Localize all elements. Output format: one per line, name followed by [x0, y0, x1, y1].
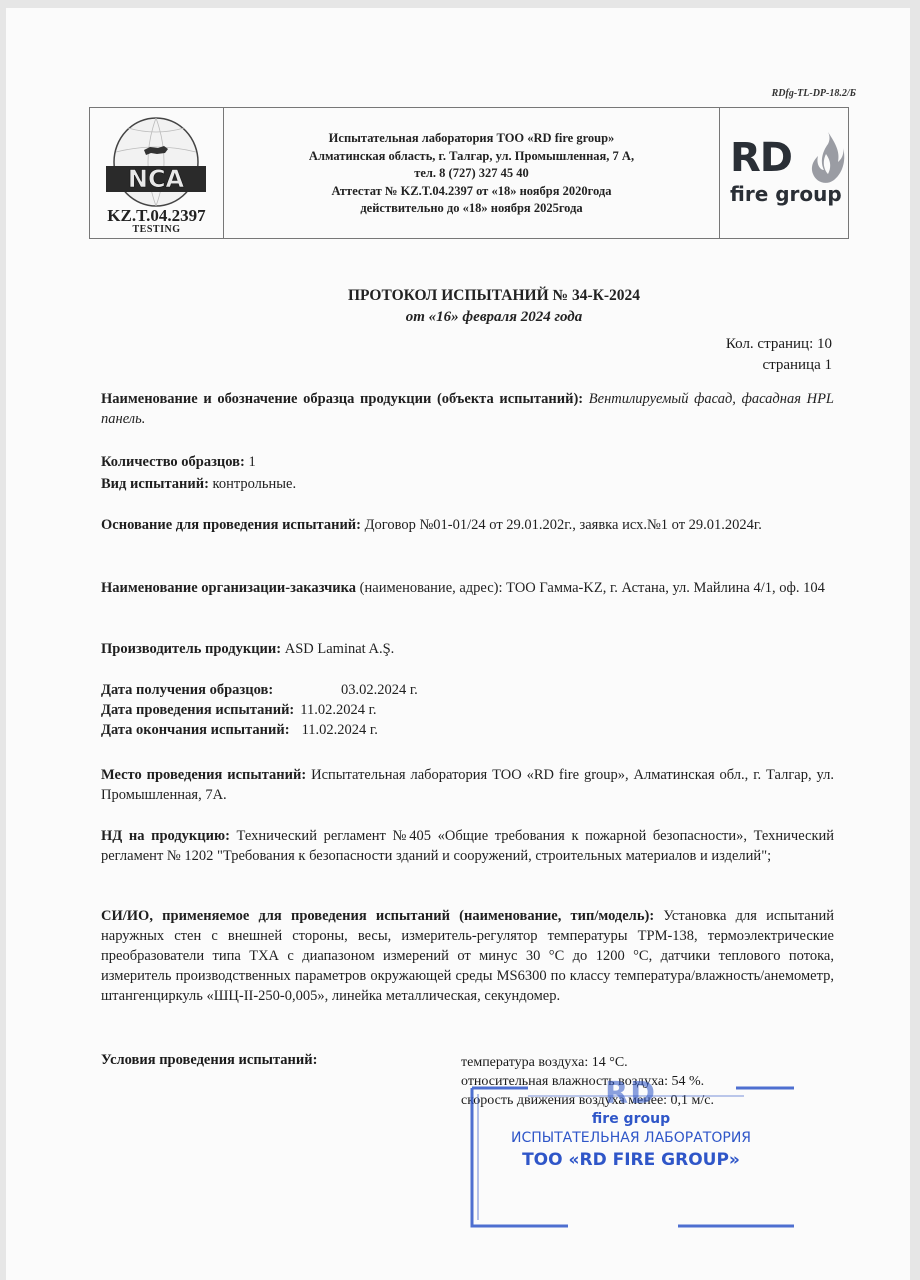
nd-label: НД на продукцию:: [101, 828, 230, 844]
quantity-section: Количество образцов: 1: [101, 452, 834, 472]
test-type-value: контрольные.: [213, 476, 297, 492]
lab-phone: тел. 8 (727) 327 45 40: [414, 165, 529, 183]
flame-icon: [810, 130, 846, 186]
date-test-row: Дата проведения испытаний: 11.02.2024 г.: [101, 700, 834, 720]
manufacturer-value: ASD Laminat A.Ş.: [285, 641, 395, 657]
location-label: Место проведения испытаний:: [101, 767, 306, 783]
globe-icon: NCA: [104, 116, 209, 212]
location-section: Место проведения испытаний: Испытательна…: [101, 765, 834, 805]
protocol-date: от «16» февраля 2024 года: [6, 309, 910, 326]
accreditation-code: KZ.T.04.2397: [90, 206, 223, 226]
date-test-label: Дата проведения испытаний:: [101, 700, 294, 720]
page-count: Кол. страниц: 10: [726, 334, 832, 355]
lab-details: Испытательная лаборатория ТОО «RD fire g…: [224, 108, 720, 238]
rd-fire-group-logo: RD fire group: [720, 108, 848, 238]
lab-address: Алматинская область, г. Талгар, ул. Пром…: [309, 148, 634, 166]
basis-label: Основание для проведения испытаний:: [101, 517, 361, 533]
lab-stamp: RD fire group ИСПЫТАТЕЛЬНАЯ ЛАБОРАТОРИЯ …: [468, 1074, 794, 1234]
manufacturer-section: Производитель продукции: ASD Laminat A.Ş…: [101, 639, 834, 659]
lab-certificate: Аттестат № KZ.T.04.2397 от «18» ноября 2…: [332, 183, 612, 201]
date-received-value: 03.02.2024 г.: [341, 680, 418, 700]
page-info: Кол. страниц: 10 страница 1: [726, 334, 832, 376]
quantity-label: Количество образцов:: [101, 454, 245, 470]
dates-section: Дата получения образцов: 03.02.2024 г. Д…: [101, 680, 834, 740]
basis-value: Договор №01-01/24 от 29.01.202г., заявка…: [365, 517, 762, 533]
date-end-label: Дата окончания испытаний:: [101, 720, 290, 740]
document-page: RDfg-TL-DP-18.2/Б NCA KZ.T.04.2397 TESTI…: [6, 8, 910, 1280]
letterhead: NCA KZ.T.04.2397 TESTING Испытательная л…: [89, 107, 849, 239]
test-type-label: Вид испытаний:: [101, 476, 209, 492]
test-type-section: Вид испытаний: контрольные.: [101, 474, 834, 494]
stamp-logo: RD: [468, 1076, 794, 1111]
date-end-value: 11.02.2024 г.: [302, 720, 378, 740]
date-received-row: Дата получения образцов: 03.02.2024 г.: [101, 680, 834, 700]
lab-certificate-validity: действительно до «18» ноября 2025года: [360, 200, 582, 218]
date-received-label: Дата получения образцов:: [101, 680, 341, 700]
product-section: Наименование и обозначение образца проду…: [101, 389, 834, 429]
equipment-section: СИ/ИО, применяемое для проведения испыта…: [101, 906, 834, 1006]
nd-section: НД на продукцию: Технический регламент №…: [101, 826, 834, 866]
stamp-company: ТОО «RD FIRE GROUP»: [468, 1150, 794, 1170]
condition-temperature: температура воздуха: 14 °С.: [461, 1053, 714, 1072]
page-number: страница 1: [726, 355, 832, 376]
testing-caption: TESTING: [90, 224, 223, 235]
protocol-title: ПРОТОКОЛ ИСПЫТАНИЙ № 34-К-2024: [6, 287, 910, 305]
customer-label-note: (наименование, адрес):: [360, 580, 503, 596]
date-test-value: 11.02.2024 г.: [300, 700, 376, 720]
document-code: RDfg-TL-DP-18.2/Б: [772, 88, 856, 99]
svg-text:NCA: NCA: [128, 165, 185, 193]
nca-logo: NCA KZ.T.04.2397 TESTING: [90, 108, 224, 238]
customer-value: ТОО Гамма-KZ, г. Астана, ул. Майлина 4/1…: [506, 580, 825, 596]
product-label: Наименование и обозначение образца проду…: [101, 391, 583, 407]
equipment-label: СИ/ИО, применяемое для проведения испыта…: [101, 908, 654, 924]
stamp-lab-name: ИСПЫТАТЕЛЬНАЯ ЛАБОРАТОРИЯ: [468, 1130, 794, 1146]
lab-name: Испытательная лаборатория ТОО «RD fire g…: [329, 130, 615, 148]
manufacturer-label: Производитель продукции:: [101, 641, 281, 657]
basis-section: Основание для проведения испытаний: Дого…: [101, 515, 834, 535]
quantity-value: 1: [248, 454, 255, 470]
date-end-row: Дата окончания испытаний: 11.02.2024 г.: [101, 720, 834, 740]
conditions-label: Условия проведения испытаний:: [101, 1052, 317, 1069]
stamp-fire-group: fire group: [468, 1111, 794, 1127]
customer-section: Наименование организации-заказчика (наим…: [101, 578, 834, 598]
customer-label: Наименование организации-заказчика: [101, 580, 356, 596]
